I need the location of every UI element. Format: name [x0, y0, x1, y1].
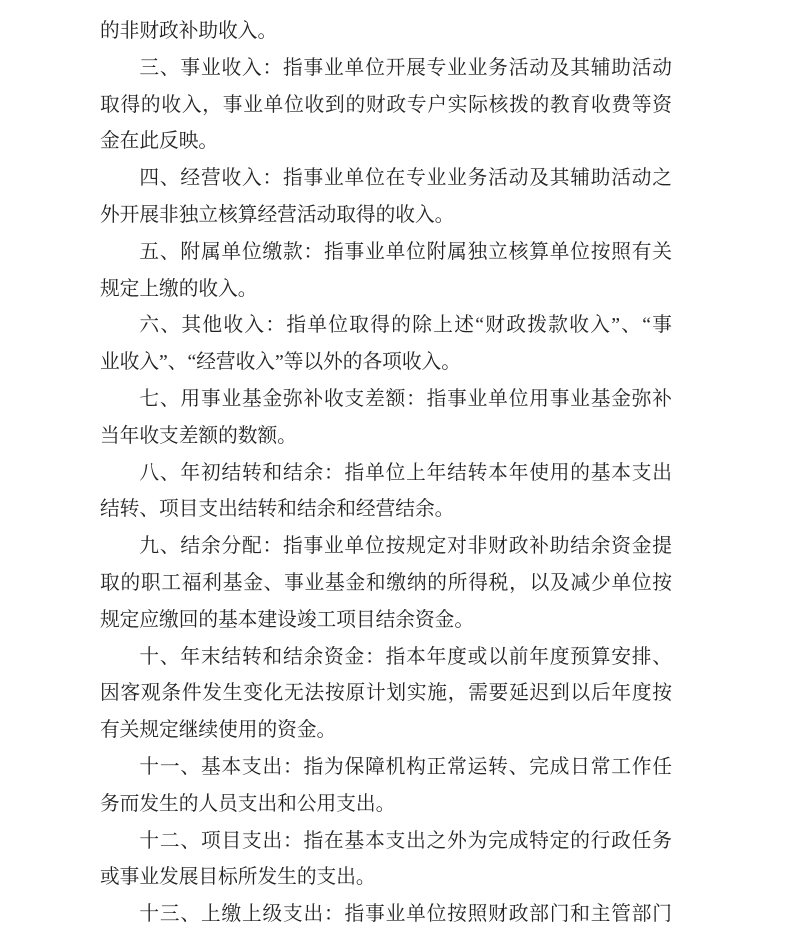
text-line: 六、其他收入：指单位取得的除上述“财政拨款收入”、“事 — [100, 307, 672, 344]
text-line: 因客观条件发生变化无法按原计划实施，需要延迟到以后年度按 — [100, 675, 672, 712]
text-line: 七、用事业基金弥补收支差额：指事业单位用事业基金弥补 — [100, 381, 672, 418]
text-line: 金在此反映。 — [100, 123, 672, 160]
text-line: 十二、项目支出：指在基本支出之外为完成特定的行政任务 — [100, 823, 672, 860]
text-line: 四、经营收入：指事业单位在专业业务活动及其辅助活动之 — [100, 160, 672, 197]
text-line: 业收入”、“经营收入”等以外的各项收入。 — [100, 344, 672, 381]
text-line: 五、附属单位缴款：指事业单位附属独立核算单位按照有关 — [100, 234, 672, 271]
text-line: 规定应缴回的基本建设竣工项目结余资金。 — [100, 602, 672, 639]
text-line: 十、年末结转和结余资金：指本年度或以前年度预算安排、 — [100, 639, 672, 676]
text-block: 的非财政补助收入。三、事业收入：指事业单位开展专业业务活动及其辅助活动取得的收入… — [100, 13, 672, 933]
text-line: 当年收支差额的数额。 — [100, 418, 672, 455]
text-line: 务而发生的人员支出和公用支出。 — [100, 786, 672, 823]
text-line: 或事业发展目标所发生的支出。 — [100, 859, 672, 896]
text-line: 规定上缴的收入。 — [100, 271, 672, 308]
text-line: 结转、项目支出结转和结余和经营结余。 — [100, 491, 672, 528]
text-line: 八、年初结转和结余：指单位上年结转本年使用的基本支出 — [100, 455, 672, 492]
text-line: 十一、基本支出：指为保障机构正常运转、完成日常工作任 — [100, 749, 672, 786]
text-line: 三、事业收入：指事业单位开展专业业务活动及其辅助活动 — [100, 50, 672, 87]
text-line: 的非财政补助收入。 — [100, 13, 672, 50]
text-line: 九、结余分配：指事业单位按规定对非财政补助结余资金提 — [100, 528, 672, 565]
text-line: 取得的收入，事业单位收到的财政专户实际核拨的教育收费等资 — [100, 87, 672, 124]
text-line: 取的职工福利基金、事业基金和缴纳的所得税，以及减少单位按 — [100, 565, 672, 602]
document-page: 的非财政补助收入。三、事业收入：指事业单位开展专业业务活动及其辅助活动取得的收入… — [0, 0, 793, 944]
text-line: 十三、上缴上级支出：指事业单位按照财政部门和主管部门 — [100, 896, 672, 933]
text-line: 有关规定继续使用的资金。 — [100, 712, 672, 749]
text-line: 外开展非独立核算经营活动取得的收入。 — [100, 197, 672, 234]
